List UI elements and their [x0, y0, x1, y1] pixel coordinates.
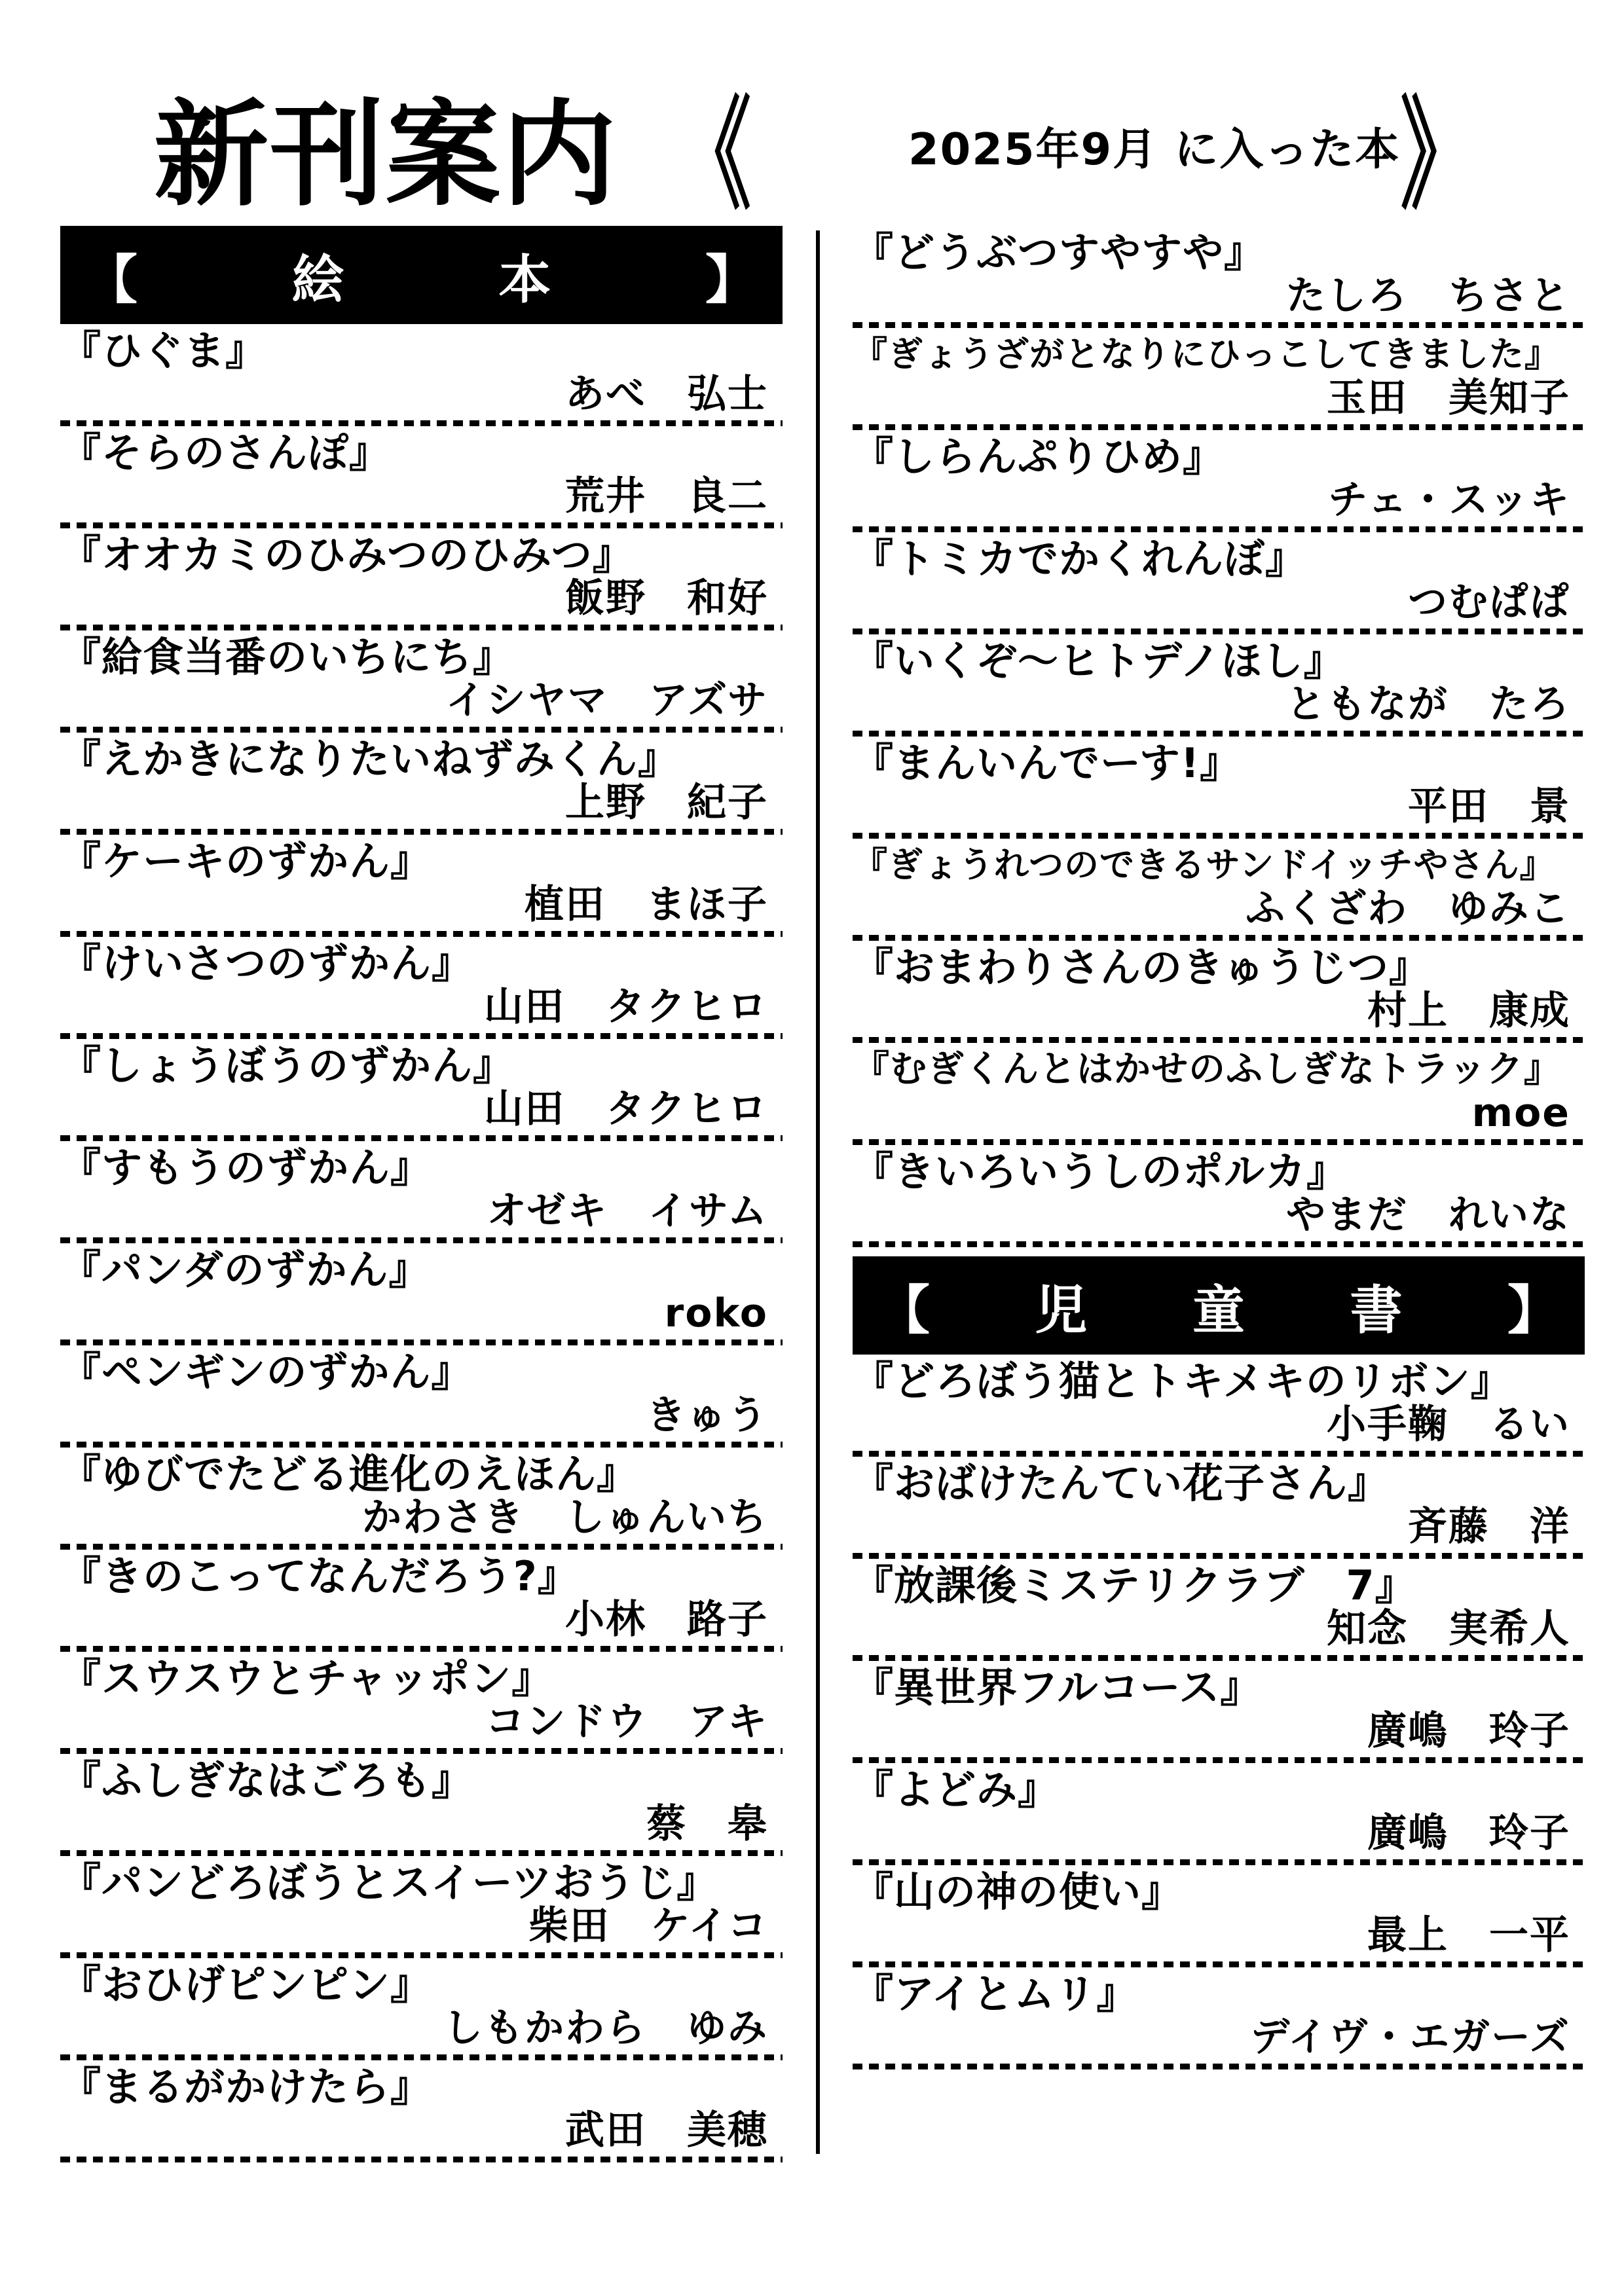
book-author: しもかわら ゆみ: [60, 2007, 783, 2050]
book-entry: 『きいろいうしのポルカ』やまだ れいな: [853, 1145, 1585, 1247]
section-header-char: 【: [877, 1268, 930, 1343]
book-entry: 『ぎょうざがとなりにひっこしてきました』玉田 美知子: [853, 328, 1585, 430]
book-author: オゼキ イサム: [60, 1190, 783, 1233]
book-author: 飯野 和好: [60, 577, 783, 620]
book-entry: 『そらのさんぽ』荒井 良二: [60, 426, 783, 528]
dashed-separator: [60, 727, 783, 733]
dashed-separator: [853, 2064, 1585, 2069]
book-entry: 『パンどろぼうとスイーツおうじ』柴田 ケイコ: [60, 1856, 783, 1958]
book-title: 『ぎょうれつのできるサンドイッチやさん』: [853, 844, 1585, 887]
dashed-separator: [60, 829, 783, 835]
book-entry: 『まるがかけたら』武田 美穂: [60, 2060, 783, 2162]
book-author: 山田 タクヒロ: [60, 1087, 783, 1131]
book-entry: 『ゆびでたどる進化のえほん』かわさき しゅんいち: [60, 1448, 783, 1550]
page-title-row: 新刊案内 《 2025年9月 に入った本 》: [154, 69, 1454, 223]
book-author: たしろ ちさと: [853, 274, 1585, 318]
book-title: 『ひぐま』: [60, 329, 783, 373]
book-entry: 『異世界フルコース』廣嶋 玲子: [853, 1661, 1585, 1763]
book-list-ehon-right: 『どうぶつすやすや』たしろ ちさと『ぎょうざがとなりにひっこしてきました』玉田 …: [853, 226, 1585, 1247]
dashed-separator: [60, 522, 783, 528]
book-title: 『スウスウとチャッポン』: [60, 1657, 783, 1700]
book-author: 最上 一平: [853, 1914, 1585, 1957]
book-author: 村上 康成: [853, 989, 1585, 1032]
dashed-separator: [60, 1850, 783, 1856]
dashed-separator: [853, 1139, 1585, 1145]
book-title: 『そらのさんぽ』: [60, 431, 783, 475]
section-header-char: 児: [1035, 1268, 1088, 1343]
book-entry: 『むぎくんとはかせのふしぎなトラック』moe: [853, 1043, 1585, 1145]
dashed-separator: [853, 1037, 1585, 1043]
section-header-char: 本: [498, 238, 551, 313]
book-author: 武田 美穂: [60, 2109, 783, 2152]
book-author: moe: [853, 1091, 1585, 1135]
book-entry: 『けいさつのずかん』山田 タクヒロ: [60, 937, 783, 1039]
page-title: 新刊案内: [154, 64, 618, 228]
book-entry: 『トミカでかくれんぼ』つむぱぱ: [853, 532, 1585, 634]
book-author: 小手鞠 るい: [853, 1403, 1585, 1446]
book-title: 『どろぼう猫とトキメキのリボン』: [853, 1360, 1585, 1403]
double-angle-close-bracket: 》: [1400, 59, 1473, 233]
book-entry: 『しょうぼうのずかん』山田 タクヒロ: [60, 1039, 783, 1141]
column-divider: [816, 230, 820, 2154]
book-entry: 『オオカミのひみつのひみつ』飯野 和好: [60, 528, 783, 630]
book-title: 『ペンギンのずかん』: [60, 1351, 783, 1394]
dashed-separator: [60, 2157, 783, 2162]
book-entry: 『ひぐま』あべ 弘士: [60, 324, 783, 426]
book-entry: 『山の神の使い』最上 一平: [853, 1865, 1585, 1967]
section-header-char: 【: [85, 238, 138, 313]
book-author: 荒井 良二: [60, 475, 783, 518]
book-author: チェ・スッキ: [853, 479, 1585, 522]
book-title: 『まんいんでーす!』: [853, 742, 1585, 785]
book-title: 『放課後ミステリクラブ 7』: [853, 1564, 1585, 1607]
dashed-separator: [853, 1859, 1585, 1865]
book-entry: 『スウスウとチャッポン』コンドウ アキ: [60, 1652, 783, 1754]
book-title: 『えかきになりたいねずみくん』: [60, 738, 783, 781]
book-author: イシヤマ アズサ: [60, 679, 783, 722]
book-author: 廣嶋 玲子: [853, 1812, 1585, 1855]
book-author: あべ 弘士: [60, 373, 783, 416]
book-entry: 『よどみ』廣嶋 玲子: [853, 1763, 1585, 1865]
right-column: 『どうぶつすやすや』たしろ ちさと『ぎょうざがとなりにひっこしてきました』玉田 …: [853, 226, 1585, 2069]
book-list-jidosho: 『どろぼう猫とトキメキのリボン』小手鞠 るい『おばけたんてい花子さん』斉藤 洋『…: [853, 1355, 1585, 2069]
book-title: 『よどみ』: [853, 1768, 1585, 1812]
dashed-separator: [853, 1961, 1585, 1967]
book-title: 『しょうぼうのずかん』: [60, 1044, 783, 1087]
dashed-separator: [60, 2054, 783, 2060]
book-title: 『ぎょうざがとなりにひっこしてきました』: [853, 333, 1585, 376]
book-entry: 『ケーキのずかん』植田 まほ子: [60, 835, 783, 937]
book-entry: 『しらんぷりひめ』チェ・スッキ: [853, 430, 1585, 532]
book-title: 『トミカでかくれんぼ』: [853, 538, 1585, 581]
book-title: 『けいさつのずかん』: [60, 942, 783, 985]
book-author: 玉田 美知子: [853, 376, 1585, 420]
book-entry: 『まんいんでーす!』平田 景: [853, 737, 1585, 839]
book-entry: 『おばけたんてい花子さん』斉藤 洋: [853, 1457, 1585, 1559]
dashed-separator: [60, 1033, 783, 1039]
dashed-separator: [60, 1442, 783, 1448]
book-author: 斉藤 洋: [853, 1505, 1585, 1548]
book-entry: 『ペンギンのずかん』きゅう: [60, 1345, 783, 1448]
book-author: ふくざわ ゆみこ: [853, 887, 1585, 930]
book-title: 『アイとムリ』: [853, 1973, 1585, 2016]
book-author: 知念 実希人: [853, 1607, 1585, 1650]
dashed-separator: [853, 424, 1585, 430]
dashed-separator: [853, 629, 1585, 634]
new-books-notice-page: 新刊案内 《 2025年9月 に入った本 》 【絵本】 『ひぐま』あべ 弘士『そ…: [0, 0, 1624, 2296]
section-header-char: 童: [1192, 1268, 1245, 1343]
book-title: 『おひげピンピン』: [60, 1963, 783, 2007]
book-title: 『パンダのずかん』: [60, 1248, 783, 1292]
book-entry: 『いくぞ〜ヒトデノほし』ともなが たろ: [853, 634, 1585, 737]
section-header-char: 】: [705, 238, 758, 313]
dashed-separator: [853, 833, 1585, 839]
book-title: 『どうぶつすやすや』: [853, 231, 1585, 274]
dashed-separator: [60, 625, 783, 630]
book-entry: 『どろぼう猫とトキメキのリボン』小手鞠 るい: [853, 1355, 1585, 1457]
book-entry: 『えかきになりたいねずみくん』上野 紀子: [60, 733, 783, 835]
book-title: 『きいろいうしのポルカ』: [853, 1150, 1585, 1194]
dashed-separator: [853, 1655, 1585, 1661]
book-title: 『おまわりさんのきゅうじつ』: [853, 946, 1585, 989]
section-header-char: 書: [1350, 1268, 1403, 1343]
dashed-separator: [853, 322, 1585, 328]
book-author: 蔡 皋: [60, 1802, 783, 1846]
book-author: 廣嶋 玲子: [853, 1709, 1585, 1753]
dashed-separator: [60, 931, 783, 937]
book-entry: 『おひげピンピン』しもかわら ゆみ: [60, 1958, 783, 2060]
dashed-separator: [60, 1135, 783, 1141]
book-author: きゅう: [60, 1394, 783, 1437]
book-entry: 『アイとムリ』デイヴ・エガーズ: [853, 1967, 1585, 2069]
book-entry: 『どうぶつすやすや』たしろ ちさと: [853, 226, 1585, 328]
section-header-char: 】: [1507, 1268, 1560, 1343]
dashed-separator: [60, 1748, 783, 1754]
left-column: 【絵本】 『ひぐま』あべ 弘士『そらのさんぽ』荒井 良二『オオカミのひみつのひみ…: [60, 226, 783, 2162]
dashed-separator: [853, 526, 1585, 532]
dashed-separator: [853, 731, 1585, 737]
book-author: デイヴ・エガーズ: [853, 2016, 1585, 2059]
double-angle-open-bracket: 《: [678, 59, 751, 233]
book-author: つむぱぱ: [853, 581, 1585, 624]
book-title: 『ゆびでたどる進化のえほん』: [60, 1453, 783, 1496]
dashed-separator: [853, 935, 1585, 941]
dashed-separator: [853, 1451, 1585, 1457]
page-subtitle: 2025年9月 に入った本: [908, 115, 1400, 177]
book-author: 植田 まほ子: [60, 883, 783, 926]
dashed-separator: [853, 1241, 1585, 1247]
book-title: 『すもうのずかん』: [60, 1146, 783, 1190]
book-list-ehon-left: 『ひぐま』あべ 弘士『そらのさんぽ』荒井 良二『オオカミのひみつのひみつ』飯野 …: [60, 324, 783, 2162]
dashed-separator: [60, 1237, 783, 1243]
book-entry: 『すもうのずかん』オゼキ イサム: [60, 1141, 783, 1243]
book-title: 『しらんぷりひめ』: [853, 435, 1585, 479]
book-author: 上野 紀子: [60, 781, 783, 824]
book-title: 『オオカミのひみつのひみつ』: [60, 534, 783, 577]
dashed-separator: [60, 1646, 783, 1652]
dashed-separator: [60, 420, 783, 426]
dashed-separator: [60, 1339, 783, 1345]
book-title: 『山の神の使い』: [853, 1870, 1585, 1914]
section-header-char: 絵: [292, 238, 344, 313]
dashed-separator: [853, 1553, 1585, 1559]
book-author: 柴田 ケイコ: [60, 1904, 783, 1948]
dashed-separator: [853, 1757, 1585, 1763]
book-title: 『むぎくんとはかせのふしぎなトラック』: [853, 1048, 1585, 1091]
book-entry: 『ふしぎなはごろも』蔡 皋: [60, 1754, 783, 1856]
book-title: 『きのこってなんだろう?』: [60, 1555, 783, 1598]
dashed-separator: [60, 1544, 783, 1550]
book-title: 『ふしぎなはごろも』: [60, 1759, 783, 1802]
book-author: かわさき しゅんいち: [60, 1496, 783, 1539]
book-entry: 『放課後ミステリクラブ 7』知念 実希人: [853, 1559, 1585, 1661]
section-header-jidosho: 【児童書】: [853, 1256, 1585, 1355]
book-author: ともなが たろ: [853, 683, 1585, 726]
book-title: 『給食当番のいちにち』: [60, 636, 783, 679]
book-entry: 『おまわりさんのきゅうじつ』村上 康成: [853, 941, 1585, 1043]
book-entry: 『パンダのずかん』roko: [60, 1243, 783, 1345]
book-author: やまだ れいな: [853, 1194, 1585, 1237]
book-title: 『ケーキのずかん』: [60, 840, 783, 883]
book-author: コンドウ アキ: [60, 1700, 783, 1743]
dashed-separator: [60, 1952, 783, 1958]
book-entry: 『ぎょうれつのできるサンドイッチやさん』ふくざわ ゆみこ: [853, 839, 1585, 941]
book-author: 小林 路子: [60, 1598, 783, 1641]
book-title: 『パンどろぼうとスイーツおうじ』: [60, 1861, 783, 1904]
book-author: roko: [60, 1292, 783, 1335]
book-title: 『異世界フルコース』: [853, 1666, 1585, 1709]
book-title: 『まるがかけたら』: [60, 2066, 783, 2109]
section-header-ehon: 【絵本】: [60, 226, 783, 324]
book-title: 『おばけたんてい花子さん』: [853, 1462, 1585, 1505]
book-author: 平田 景: [853, 785, 1585, 828]
book-title: 『いくぞ〜ヒトデノほし』: [853, 640, 1585, 683]
book-entry: 『給食当番のいちにち』イシヤマ アズサ: [60, 630, 783, 733]
book-entry: 『きのこってなんだろう?』小林 路子: [60, 1550, 783, 1652]
book-author: 山田 タクヒロ: [60, 985, 783, 1029]
